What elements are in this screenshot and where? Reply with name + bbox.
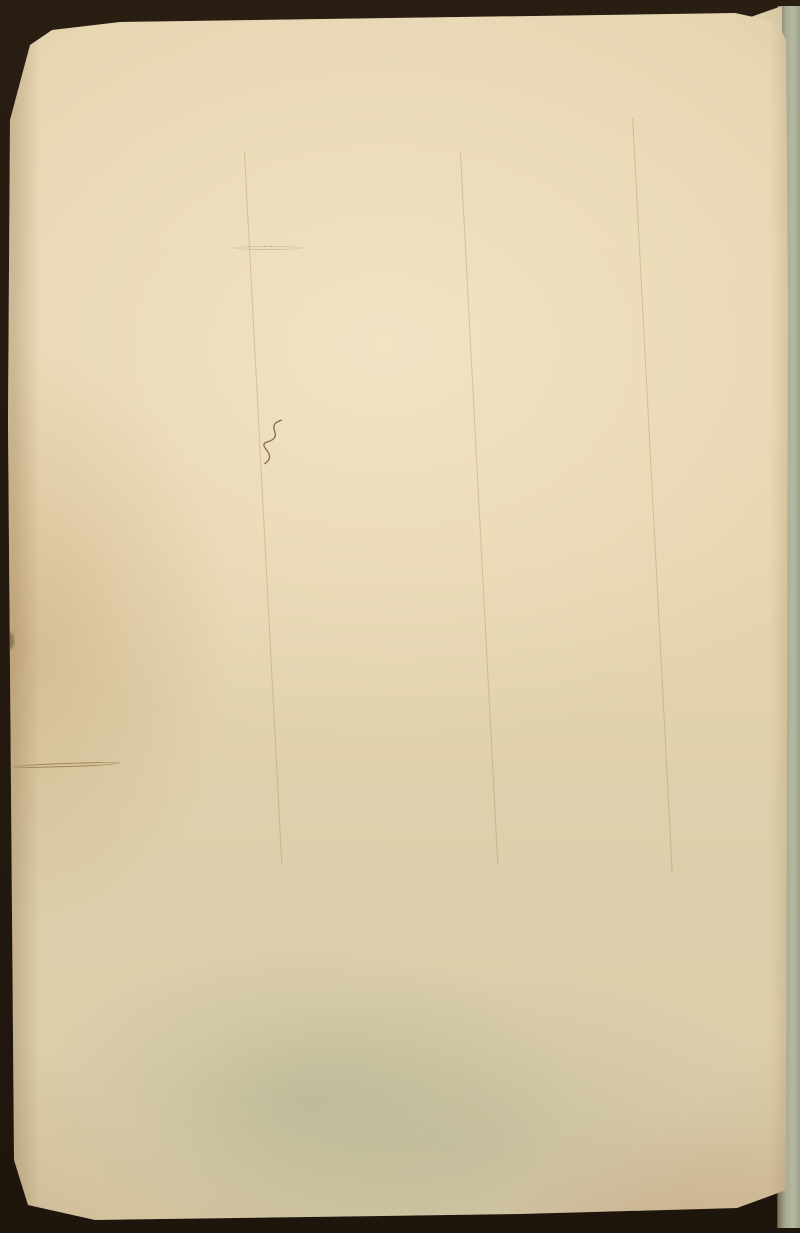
warped-text-layer: [0, 0, 800, 1233]
manuscript-photo: { "document": { "kind": "medieval manusc…: [0, 0, 800, 1233]
ruling-line: [244, 152, 282, 864]
circled-margin-note: [14, 761, 120, 769]
circled-side-note: [234, 246, 302, 250]
pen-flourish: [252, 418, 295, 472]
ruling-line: [460, 152, 498, 864]
ink-blot: [3, 632, 14, 650]
parchment-page: [0, 0, 800, 1233]
ruling-line: [632, 118, 673, 873]
